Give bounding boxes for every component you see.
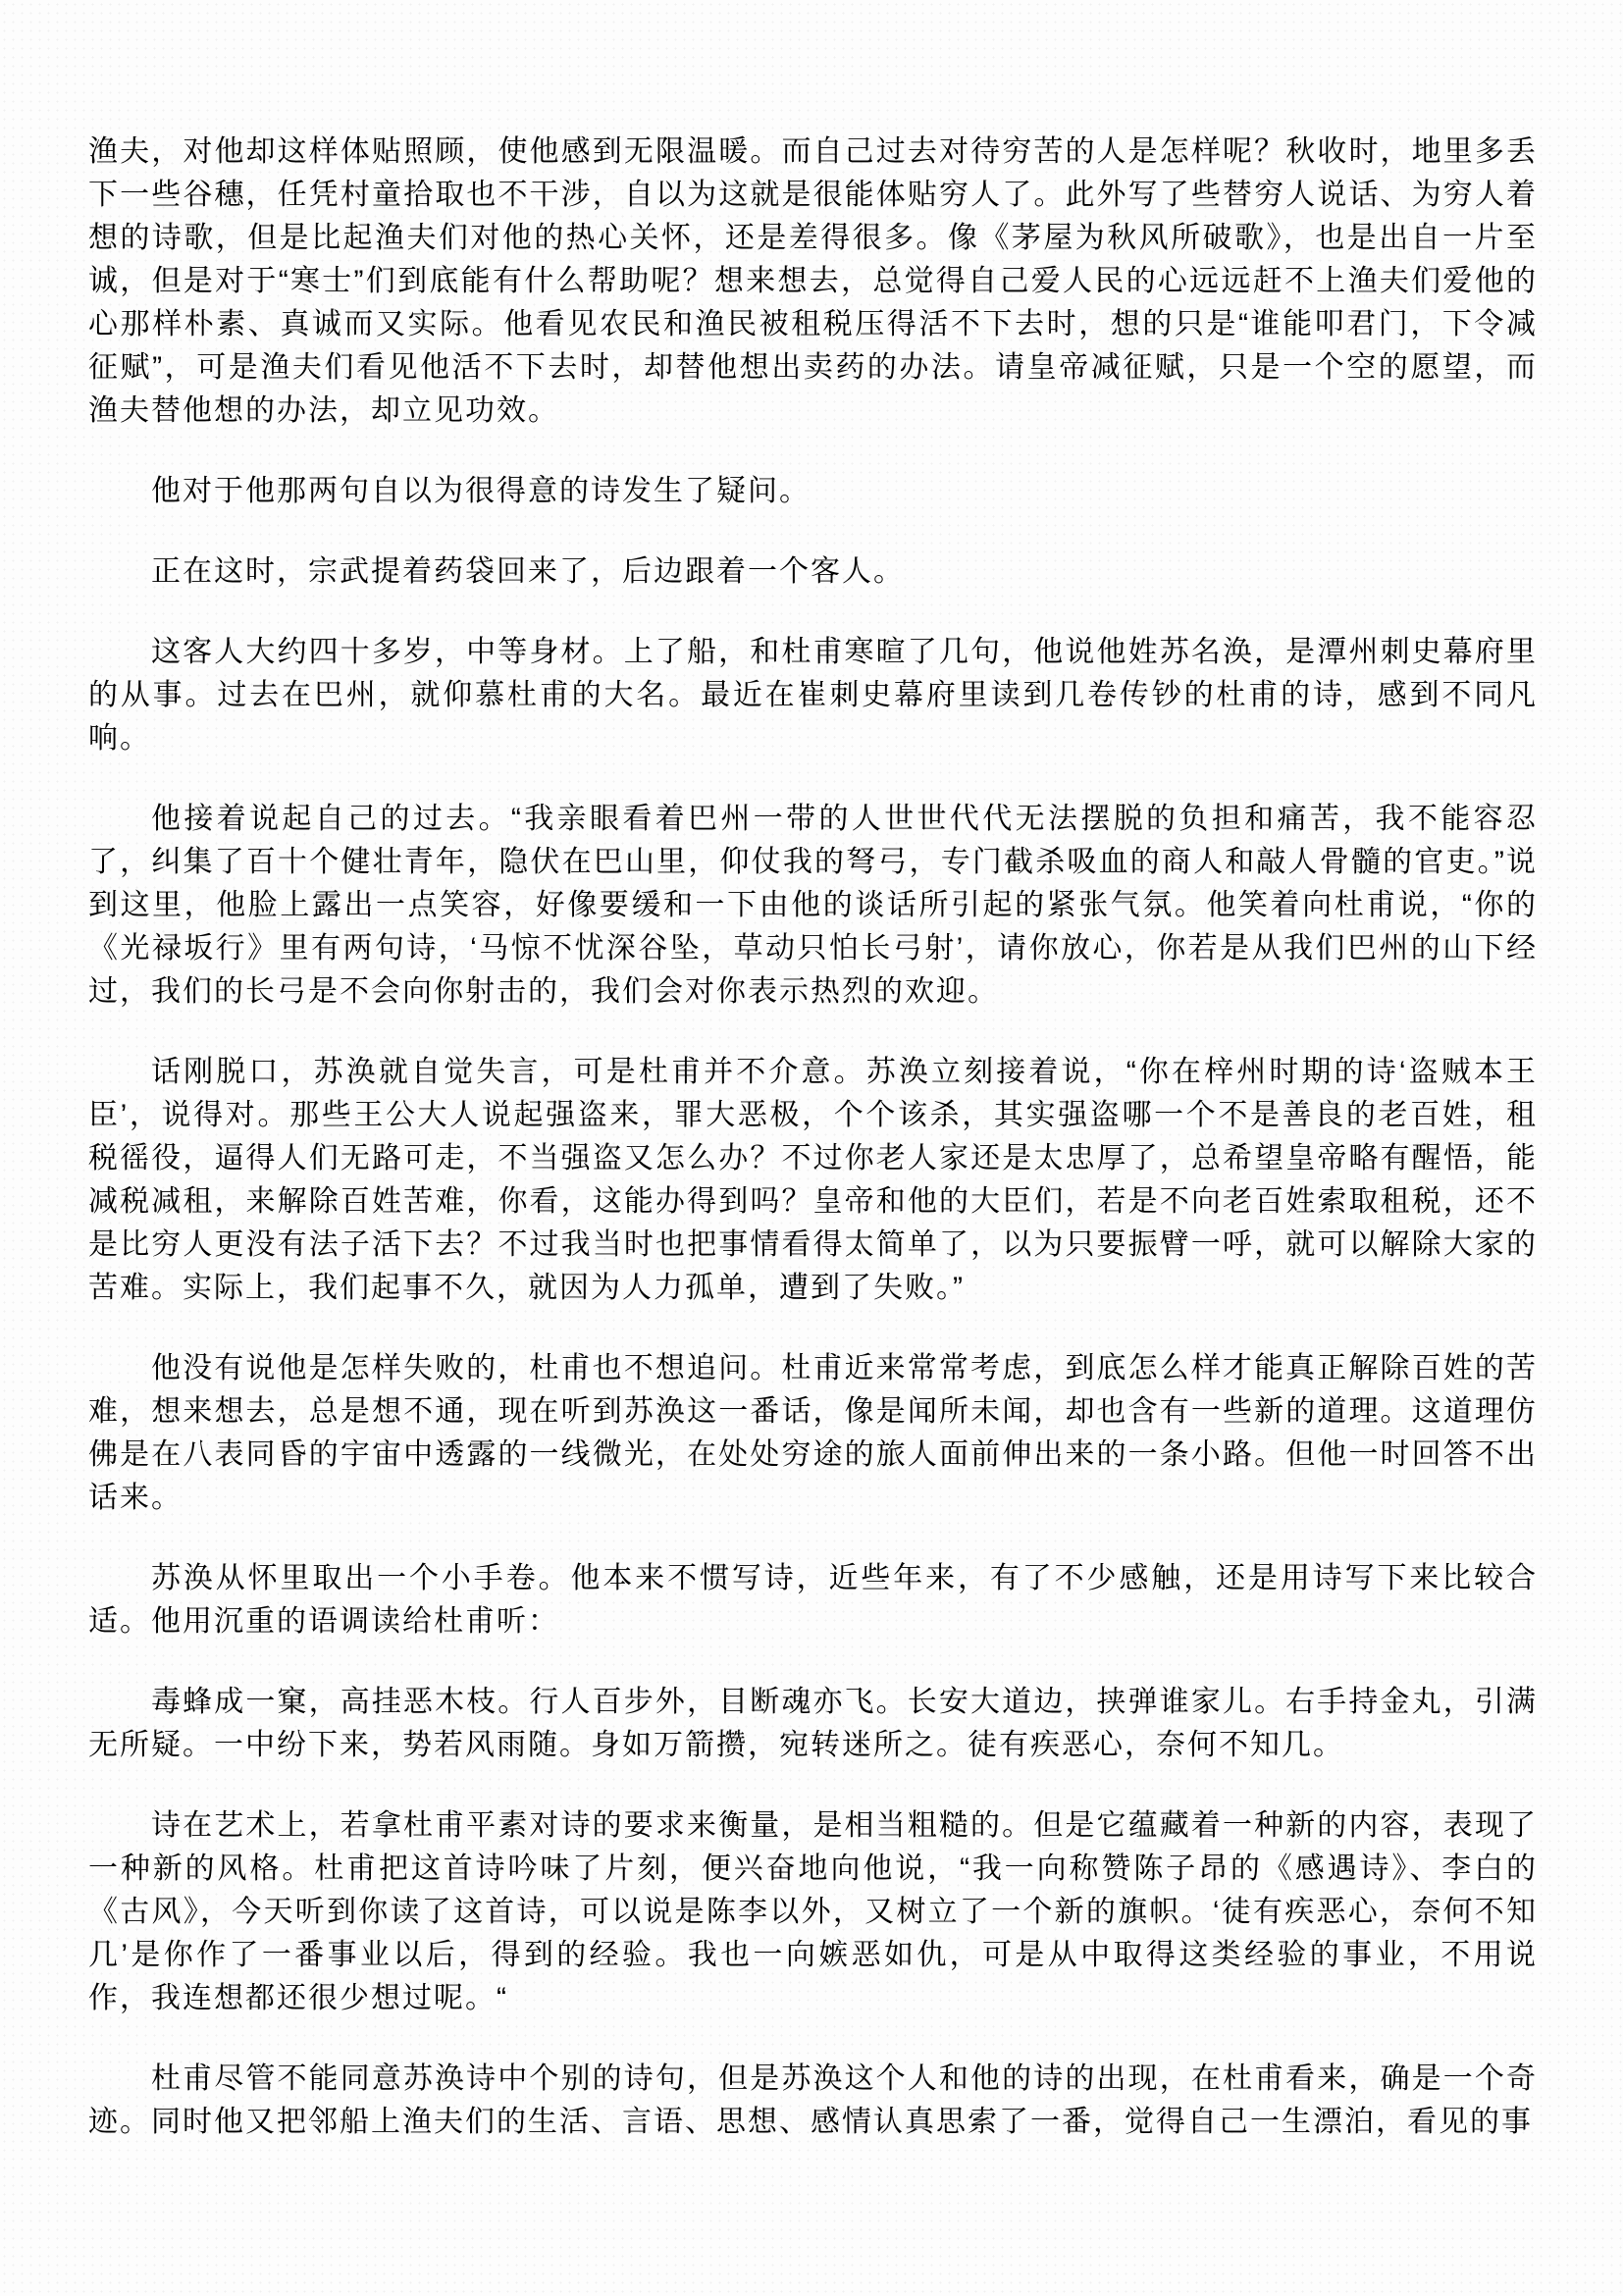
paragraph: 话刚脱口，苏涣就自觉失言，可是杜甫并不介意。苏涣立刻接着说，“你在梓州时期的诗‘… [88, 1051, 1538, 1310]
paragraph: 诗在艺术上，若拿杜甫平素对诗的要求来衡量，是相当粗糙的。但是它蕴藏着一种新的内容… [88, 1804, 1538, 2020]
paragraph: 杜甫尽管不能同意苏涣诗中个别的诗句，但是苏涣这个人和他的诗的出现，在杜甫看来，确… [88, 2058, 1538, 2144]
paragraph-poem: 毒蜂成一窠，高挂恶木枝。行人百步外，目断魂亦飞。长安大道边，挟弹谁家儿。右手持金… [88, 1681, 1538, 1767]
paragraph: 他接着说起自己的过去。“我亲眼看着巴州一带的人世世代代无法摆脱的负担和痛苦，我不… [88, 798, 1538, 1014]
document-page: 渔夫，对他却这样体贴照顾，使他感到无限温暖。而自己过去对待穷苦的人是怎样呢？秋收… [88, 130, 1538, 2181]
paragraph: 他对于他那两句自以为很得意的诗发生了疑问。 [88, 470, 1538, 513]
paragraph: 他没有说他是怎样失败的，杜甫也不想追问。杜甫近来常常考虑，到底怎么样才能真正解除… [88, 1347, 1538, 1520]
paragraph-continuation: 渔夫，对他却这样体贴照顾，使他感到无限温暖。而自己过去对待穷苦的人是怎样呢？秋收… [88, 130, 1538, 433]
paragraph: 这客人大约四十多岁，中等身材。上了船，和杜甫寒暄了几句，他说他姓苏名涣，是潭州刺… [88, 631, 1538, 760]
paragraph: 正在这时，宗武提着药袋回来了，后边跟着一个客人。 [88, 550, 1538, 594]
paragraph: 苏涣从怀里取出一个小手卷。他本来不惯写诗，近些年来，有了不少感触，还是用诗写下来… [88, 1557, 1538, 1644]
